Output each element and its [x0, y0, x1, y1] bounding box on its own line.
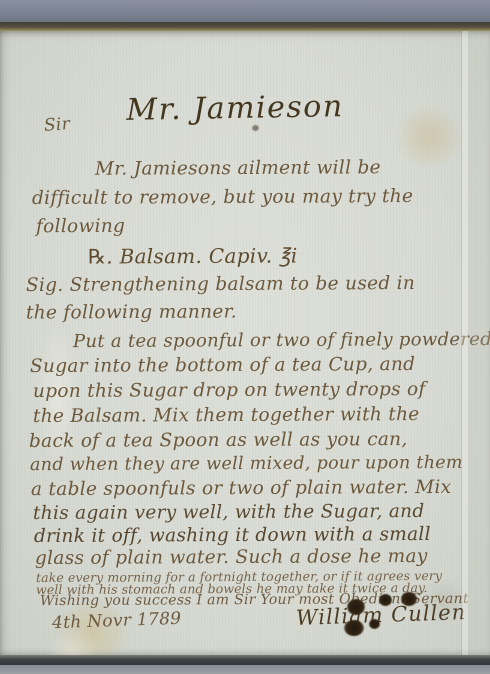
letter-line: Mr. Jamiesons ailment will be [95, 157, 381, 179]
letter-line: and when they are well mixed, pour upon … [30, 453, 463, 475]
prescription-line: ℞. Balsam. Capiv. ℥i [88, 243, 298, 268]
letter-title: Mr. Jamieson [0, 87, 470, 130]
backdrop-bottom [0, 665, 490, 674]
manuscript-photo: Mr. Jamieson Sir Mr. Jamiesons ailment w… [0, 0, 490, 674]
letter-salutation: Sir [43, 114, 70, 136]
letter-line: Sig. Strengthening balsam to be used in [26, 273, 415, 296]
letter-line: this again very well, with the Sugar, an… [33, 501, 425, 524]
leaf-torn-edge [461, 31, 490, 655]
ink-blot [344, 620, 364, 636]
ink-blot [369, 619, 380, 629]
letter-line: the following manner. [26, 301, 237, 323]
letter-date: 4th Novr 1789 [52, 609, 182, 634]
page-edge-bottom [0, 655, 490, 665]
letter-line: back of a tea Spoon as well as you can, [29, 429, 408, 452]
backdrop-top [0, 0, 490, 22]
ink-blot [379, 594, 392, 606]
ink-blot [401, 592, 417, 606]
letter-line: Sugar into the bottom of a tea Cup, and [30, 354, 415, 377]
letter-line: the Balsam. Mix them together with the [33, 404, 420, 427]
letter-line: a table spoonfuls or two of plain water.… [31, 477, 451, 500]
letter-line: glass of plain water. Such a dose he may [35, 546, 428, 569]
letter-line: drink it off, washing it down with a sma… [34, 524, 431, 547]
letter-line: following [36, 216, 125, 237]
letter-page: Mr. Jamieson Sir Mr. Jamiesons ailment w… [0, 31, 490, 655]
letter-line: upon this Sugar drop on twenty drops of [33, 379, 426, 402]
letter-line: Put a tea spoonful or two of finely powd… [73, 329, 490, 352]
letter-line: difficult to remove, but you may try the [32, 186, 413, 209]
ink-blot [347, 599, 365, 615]
page-edge-top [0, 22, 490, 31]
ink-speck [252, 125, 259, 131]
